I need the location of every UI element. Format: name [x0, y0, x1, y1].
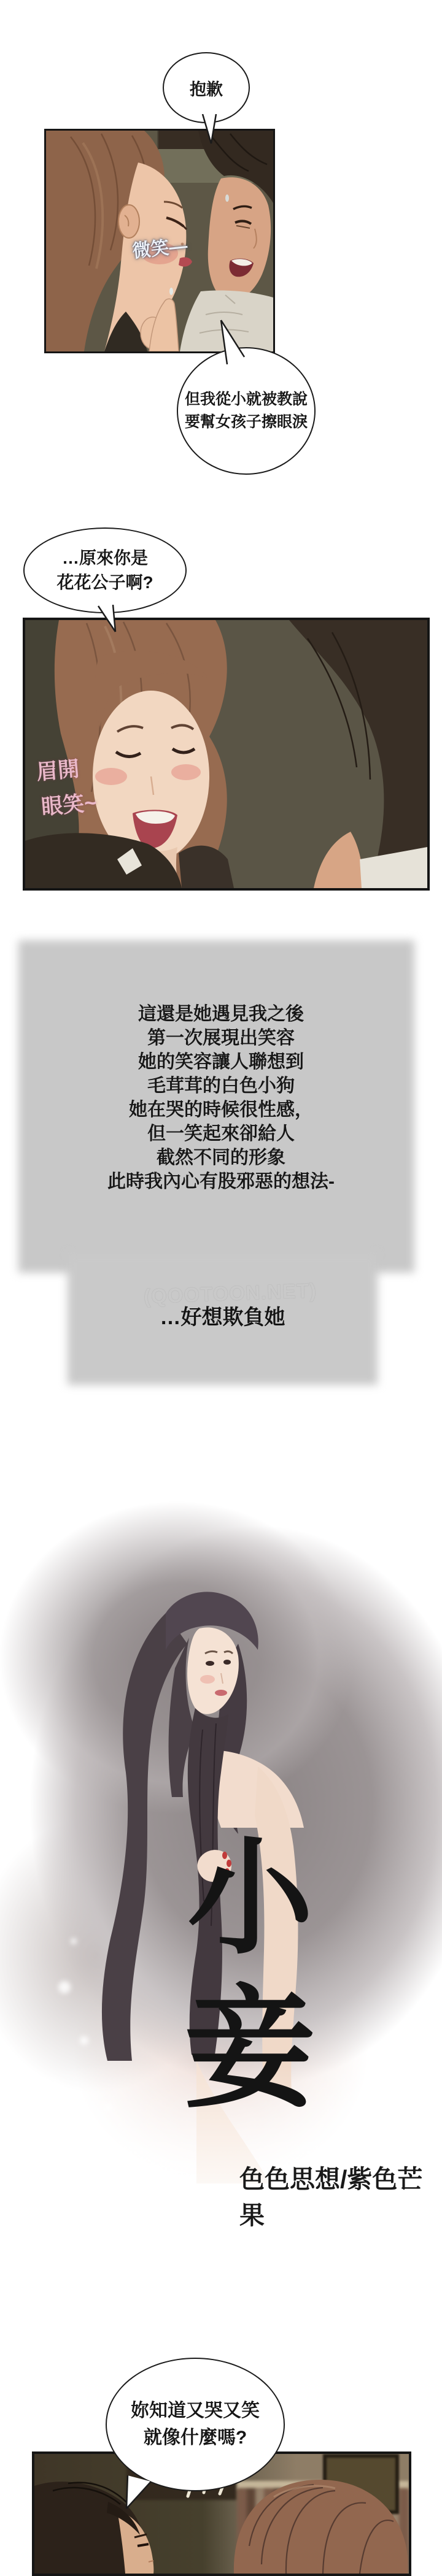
sfx-beaming-1: 眉開 — [35, 752, 80, 786]
woman-head-back — [234, 2480, 408, 2574]
sparkle-dot — [58, 1981, 71, 1993]
title-char-small: 小 — [187, 1837, 304, 1975]
speech-bubble-playboy: …原來你是 花花公子啊? — [23, 527, 187, 613]
blush — [200, 1675, 215, 1684]
blush — [171, 764, 201, 780]
bubble-tail — [216, 316, 246, 366]
title-char-concubine: 妾 — [184, 1984, 307, 2137]
bubble-line: 妳知道又哭又笑 — [131, 2398, 260, 2425]
bubble-line: 花花公子啊? — [56, 570, 153, 595]
narration-line: 此時我內心有股邪惡的想法- — [25, 1170, 417, 1194]
sweat-drop — [169, 288, 173, 295]
sweat-drop — [225, 194, 229, 202]
title-credit: 色色思想/紫色芒果 — [239, 2159, 436, 2231]
bubble-line: 就像什麼嗎? — [144, 2425, 247, 2451]
narration-text-1: 這還是她遇見我之後 第一次展現出笑容 她的笑容讓人聯想到 毛茸茸的白色小狗 她在… — [25, 1002, 417, 1194]
eye — [223, 1660, 231, 1665]
narration-line: 這還是她遇見我之後 — [25, 1002, 417, 1026]
bubble-line: 要幫女孩子擦眼淚 — [185, 411, 308, 434]
bubble-tail — [122, 2474, 153, 2510]
narration-line: 截然不同的形象 — [25, 1146, 417, 1170]
narration-line: 毛茸茸的白色小狗 — [25, 1074, 417, 1098]
narration-line: 第一次展現出笑容 — [25, 1026, 417, 1050]
webtoon-page: 抱歉 — [0, 0, 442, 2576]
speech-bubble-taught: 但我從小就被教說 要幫女孩子擦眼淚 — [177, 347, 316, 475]
speech-bubble-cry-laugh: 妳知道又哭又笑 就像什麼嗎? — [106, 2358, 285, 2491]
bubble-text: 抱歉 — [190, 76, 223, 100]
narration-line: 她的笑容讓人聯想到 — [25, 1050, 417, 1074]
narration-line: 她在哭的時候很性感， — [25, 1098, 417, 1122]
sparkle-dot — [71, 1938, 77, 1944]
bubble-tail — [96, 605, 120, 633]
sfx-beaming-2: 眼笑~ — [40, 786, 98, 821]
narration-text-2: …好想欺負她 — [68, 1300, 378, 1330]
narration-line: 但一笑起來卻給人 — [25, 1122, 417, 1146]
sparkle-dot — [80, 2036, 88, 2045]
bubble-tail — [201, 114, 217, 145]
bubble-line: 但我從小就被教說 — [185, 388, 308, 411]
blush — [95, 768, 127, 785]
lips — [215, 1690, 227, 1696]
comic-panel-2: 眉開 眼笑~ — [23, 618, 430, 891]
panel2-art — [25, 620, 427, 888]
speech-bubble-sorry: 抱歉 — [163, 52, 250, 123]
bubble-line: …原來你是 — [62, 546, 148, 570]
eye — [206, 1661, 214, 1666]
